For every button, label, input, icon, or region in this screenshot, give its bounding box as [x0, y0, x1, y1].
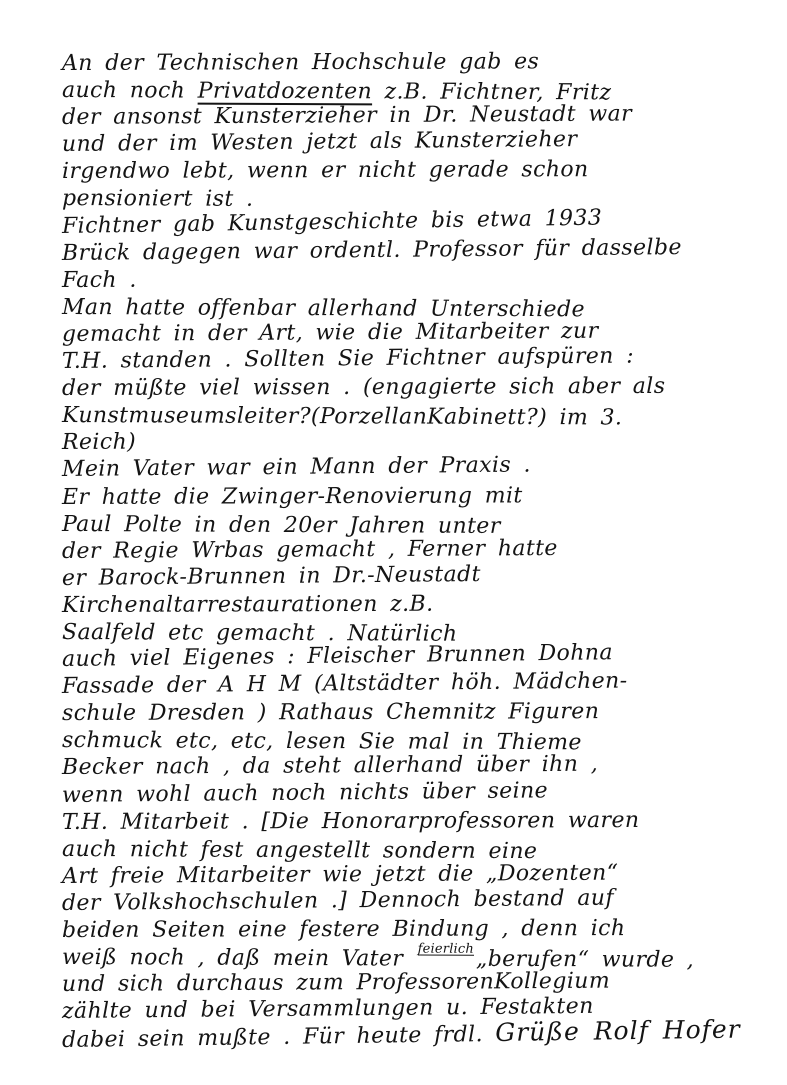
- text-segment: wenn wohl auch noch nichts über seine: [62, 778, 548, 808]
- text-segment: Brück dagegen war ordentl. Professor für…: [62, 235, 682, 266]
- handwritten-line: T.H. standen . Sollten Sie Fichtner aufs…: [62, 341, 762, 375]
- text-segment: schule Dresden ) Rathaus Chemnitz Figure…: [62, 699, 599, 726]
- handwritten-line: der müßte viel wissen . (engagierte sich…: [62, 373, 762, 403]
- text-segment: weiß noch , daß mein Vater: [62, 945, 403, 971]
- handwritten-line: der Volkshochschulen .] Dennoch bestand …: [62, 883, 762, 917]
- text-segment: Fassade der A H M (Altstädter höh. Mädch…: [62, 669, 628, 699]
- text-segment: An der Technischen Hochschule gab es: [62, 49, 539, 76]
- handwritten-page: An der Technischen Hochschule gab esauch…: [0, 0, 787, 1085]
- handwritten-line: schule Dresden ) Rathaus Chemnitz Figure…: [62, 698, 762, 728]
- handwritten-line: Brück dagegen war ordentl. Professor für…: [62, 233, 762, 267]
- handwritten-line: Fassade der A H M (Altstädter höh. Mädch…: [62, 666, 762, 700]
- text-segment: Becker nach , da steht allerhand über ih…: [62, 752, 598, 780]
- text-segment: der Volkshochschulen .] Dennoch bestand …: [62, 886, 614, 916]
- text-segment: Paul Polte in den 20er Jahren unter: [62, 512, 501, 539]
- text-segment: der müßte viel wissen . (engagierte sich…: [62, 374, 665, 401]
- text-segment: dabei sein mußte . Für heute frdl.: [62, 1022, 496, 1053]
- underlined-word: Privatdozenten: [198, 79, 373, 105]
- text-segment: Mein Vater war ein Mann der Praxis .: [62, 453, 531, 483]
- text-segment: Er hatte die Zwinger-Renovierung mit: [62, 483, 523, 510]
- interlinear-insertion: feierlich: [418, 945, 474, 956]
- handwritten-line: Er hatte die Zwinger-Renovierung mit: [62, 481, 762, 511]
- text-segment: Reich): [62, 430, 136, 455]
- signature-text: Grüße Rolf Hofer: [495, 1015, 741, 1047]
- handwritten-line: Kirchenaltarrestaurationen z.B.: [62, 589, 762, 619]
- handwritten-line: irgendwo lebt, wenn er nicht gerade scho…: [62, 156, 762, 186]
- text-segment: er Barock-Brunnen in Dr.-Neustadt: [62, 562, 481, 591]
- text-segment: Fach .: [62, 267, 137, 292]
- handwritten-line: T.H. Mitarbeit . [Die Honorarprofessoren…: [62, 806, 762, 836]
- text-segment: Kirchenaltarrestaurationen z.B.: [62, 592, 434, 618]
- text-segment: irgendwo lebt, wenn er nicht gerade scho…: [62, 158, 589, 185]
- handwritten-line: Fach .: [62, 264, 762, 294]
- text-segment: pensioniert ist .: [62, 186, 253, 212]
- text-segment: T.H. Mitarbeit . [Die Honorarprofessoren…: [62, 808, 640, 835]
- text-segment: und der im Westen jetzt als Kunsterziehe…: [62, 127, 578, 157]
- handwritten-line: An der Technischen Hochschule gab es: [62, 48, 762, 78]
- text-segment: der Regie Wrbas gemacht , Ferner hatte: [62, 536, 558, 564]
- handwriting-lines: An der Technischen Hochschule gab esauch…: [62, 50, 762, 1054]
- handwritten-line: Mein Vater war ein Mann der Praxis .: [62, 450, 762, 484]
- handwritten-line: und der im Westen jetzt als Kunsterziehe…: [62, 125, 762, 159]
- text-segment: beiden Seiten eine festere Bindung , den…: [62, 916, 626, 943]
- handwritten-line: er Barock-Brunnen in Dr.-Neustadt: [62, 558, 762, 592]
- handwritten-line: beiden Seiten eine festere Bindung , den…: [62, 915, 762, 945]
- text-segment: auch noch: [62, 78, 198, 104]
- text-segment: auch viel Eigenes : Fleischer Brunnen Do…: [62, 640, 613, 672]
- text-segment: T.H. standen . Sollten Sie Fichtner aufs…: [62, 344, 634, 374]
